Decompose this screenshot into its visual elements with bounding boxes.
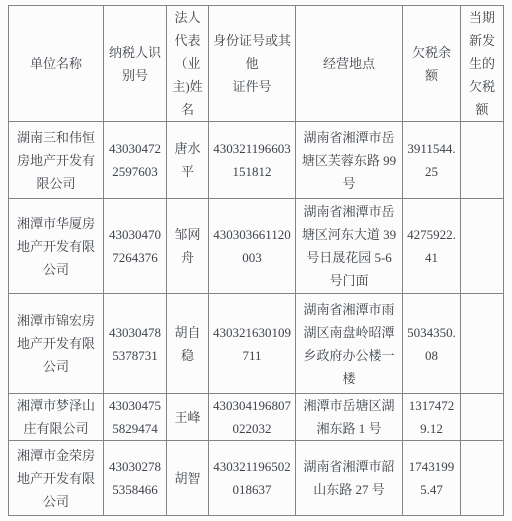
cell-address: 湖南省湘潭市岳塘区芙蓉东路 99 号	[296, 122, 403, 199]
cell-tax-balance: 4275922.41	[403, 199, 461, 294]
header-tax-balance: 欠税余额	[403, 6, 461, 122]
cell-tax-balance: 3911544.25	[403, 122, 461, 199]
table-row: 湘潭市锦宏房地产开发有限公司 430304785378731 胡自稳 43032…	[9, 294, 504, 394]
header-id-number: 身份证号或其他 证件号	[209, 6, 296, 122]
cell-unit-name: 湘潭市华厦房地产开发有限公司	[9, 199, 104, 294]
cell-new-arrears	[461, 294, 504, 394]
cell-legal-rep: 唐水平	[167, 122, 209, 199]
cell-address: 湘潭市岳塘区湖湘东路 1 号	[296, 394, 403, 441]
table-header-row: 单位名称 纳税人识别号 法人代表（业主)姓名 身份证号或其他 证件号 经营地点 …	[9, 6, 504, 122]
cell-id-number: 430321196603151812	[209, 122, 296, 199]
cell-id-number: 430321630109711	[209, 294, 296, 394]
cell-legal-rep: 邹网舟	[167, 199, 209, 294]
document-page: 单位名称 纳税人识别号 法人代表（业主)姓名 身份证号或其他 证件号 经营地点 …	[0, 0, 512, 521]
cell-legal-rep: 王峰	[167, 394, 209, 441]
cell-id-number: 430303661120003	[209, 199, 296, 294]
cell-address: 湖南省湘潭市韶山东路 27 号	[296, 441, 403, 516]
cell-unit-name: 湘潭市金荣房地产开发有限公司	[9, 441, 104, 516]
tax-arrears-table: 单位名称 纳税人识别号 法人代表（业主)姓名 身份证号或其他 证件号 经营地点 …	[8, 5, 504, 516]
cell-address: 湖南省湘潭市雨湖区南盘岭昭潭乡政府办公楼一楼	[296, 294, 403, 394]
cell-tax-balance: 5034350.08	[403, 294, 461, 394]
cell-taxpayer-id: 430304785378731	[104, 294, 167, 394]
table-row: 湘潭市华厦房地产开发有限公司 430304707264376 邹网舟 43030…	[9, 199, 504, 294]
header-legal-rep: 法人代表（业主)姓名	[167, 6, 209, 122]
cell-id-number: 430321196502018637	[209, 441, 296, 516]
header-taxpayer-id: 纳税人识别号	[104, 6, 167, 122]
cell-unit-name: 湘潭市梦泽山庄有限公司	[9, 394, 104, 441]
table-row: 湖南三和伟恒房地产开发有限公司 430304722597603 唐水平 4303…	[9, 122, 504, 199]
cell-new-arrears	[461, 122, 504, 199]
cell-taxpayer-id: 430302785358466	[104, 441, 167, 516]
cell-new-arrears	[461, 394, 504, 441]
header-new-arrears: 当期新发生的欠税额	[461, 6, 504, 122]
cell-tax-balance: 13174729.12	[403, 394, 461, 441]
table-row: 湘潭市金荣房地产开发有限公司 430302785358466 胡智 430321…	[9, 441, 504, 516]
cell-unit-name: 湘潭市锦宏房地产开发有限公司	[9, 294, 104, 394]
cell-tax-balance: 17431995.47	[403, 441, 461, 516]
header-address: 经营地点	[296, 6, 403, 122]
cell-new-arrears	[461, 199, 504, 294]
table-row: 湘潭市梦泽山庄有限公司 430304755829474 王峰 430304196…	[9, 394, 504, 441]
cell-legal-rep: 胡自稳	[167, 294, 209, 394]
cell-id-number: 430304196807022032	[209, 394, 296, 441]
cell-taxpayer-id: 430304755829474	[104, 394, 167, 441]
cell-legal-rep: 胡智	[167, 441, 209, 516]
header-unit-name: 单位名称	[9, 6, 104, 122]
cell-unit-name: 湖南三和伟恒房地产开发有限公司	[9, 122, 104, 199]
cell-new-arrears	[461, 441, 504, 516]
cell-address: 湖南省湘潭市岳塘区河东大道 39 号日晟花园 5-6 号门面	[296, 199, 403, 294]
cell-taxpayer-id: 430304707264376	[104, 199, 167, 294]
cell-taxpayer-id: 430304722597603	[104, 122, 167, 199]
